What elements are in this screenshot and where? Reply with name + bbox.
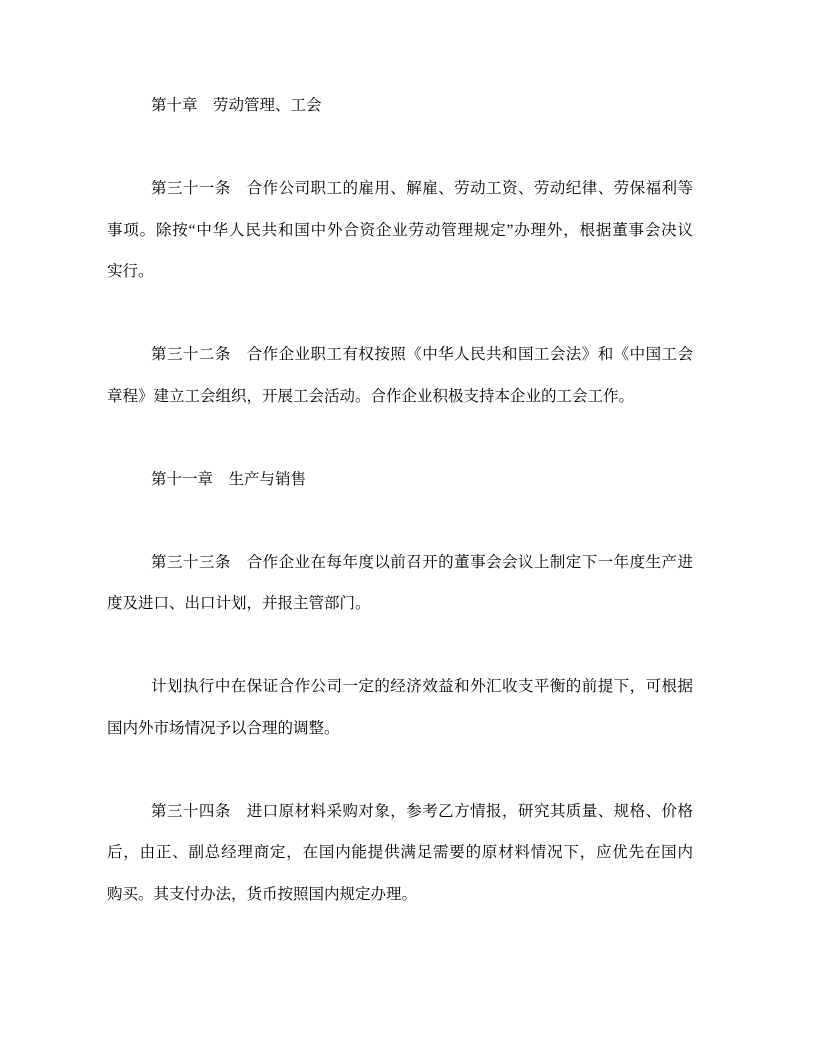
text-line: 事项。除按“中华人民共和国中外合资企业劳动管理规定”办理外，根据董事会决议 — [107, 210, 693, 252]
article-33-paragraph: 第三十三条 合作企业在每年度以前召开的董事会会议上制定下一年度生产进 度及进口、… — [107, 542, 693, 625]
text-line: 购买。其支付办法，货币按照国内规定办理。 — [107, 874, 693, 916]
article-34-paragraph: 第三十四条 进口原材料采购对象，参考乙方情报，研究其质量、规格、价格 后，由正、… — [107, 791, 693, 916]
text-line: 后，由正、副总经理商定，在国内能提供满足需要的原材料情况下，应优先在国内 — [107, 832, 693, 874]
article-33-continuation-paragraph: 计划执行中在保证合作公司一定的经济效益和外汇收支平衡的前提下，可根据 国内外市场… — [107, 666, 693, 749]
text-line: 第三十一条 合作公司职工的雇用、解雇、劳动工资、劳动纪律、劳保福利等 — [107, 168, 693, 210]
article-31-paragraph: 第三十一条 合作公司职工的雇用、解雇、劳动工资、劳动纪律、劳保福利等 事项。除按… — [107, 168, 693, 293]
text-line: 第三十三条 合作企业在每年度以前召开的董事会会议上制定下一年度生产进 — [107, 542, 693, 584]
chapter-heading-text: 第十一章 生产与销售 — [107, 459, 693, 501]
article-32-paragraph: 第三十二条 合作企业职工有权按照《中华人民共和国工会法》和《中国工会 章程》建立… — [107, 334, 693, 417]
document-page: 第十章 劳动管理、工会 第三十一条 合作公司职工的雇用、解雇、劳动工资、劳动纪律… — [107, 85, 693, 915]
text-line: 章程》建立工会组织，开展工会活动。合作企业积极支持本企业的工会工作。 — [107, 376, 693, 418]
text-line: 第三十二条 合作企业职工有权按照《中华人民共和国工会法》和《中国工会 — [107, 334, 693, 376]
text-line: 国内外市场情况予以合理的调整。 — [107, 708, 693, 750]
chapter-heading-text: 第十章 劳动管理、工会 — [107, 85, 693, 127]
text-line: 实行。 — [107, 251, 693, 293]
chapter-heading-11: 第十一章 生产与销售 — [107, 459, 693, 501]
text-line: 计划执行中在保证合作公司一定的经济效益和外汇收支平衡的前提下，可根据 — [107, 666, 693, 708]
chapter-heading-10: 第十章 劳动管理、工会 — [107, 85, 693, 127]
text-line: 第三十四条 进口原材料采购对象，参考乙方情报，研究其质量、规格、价格 — [107, 791, 693, 833]
text-line: 度及进口、出口计划，并报主管部门。 — [107, 583, 693, 625]
